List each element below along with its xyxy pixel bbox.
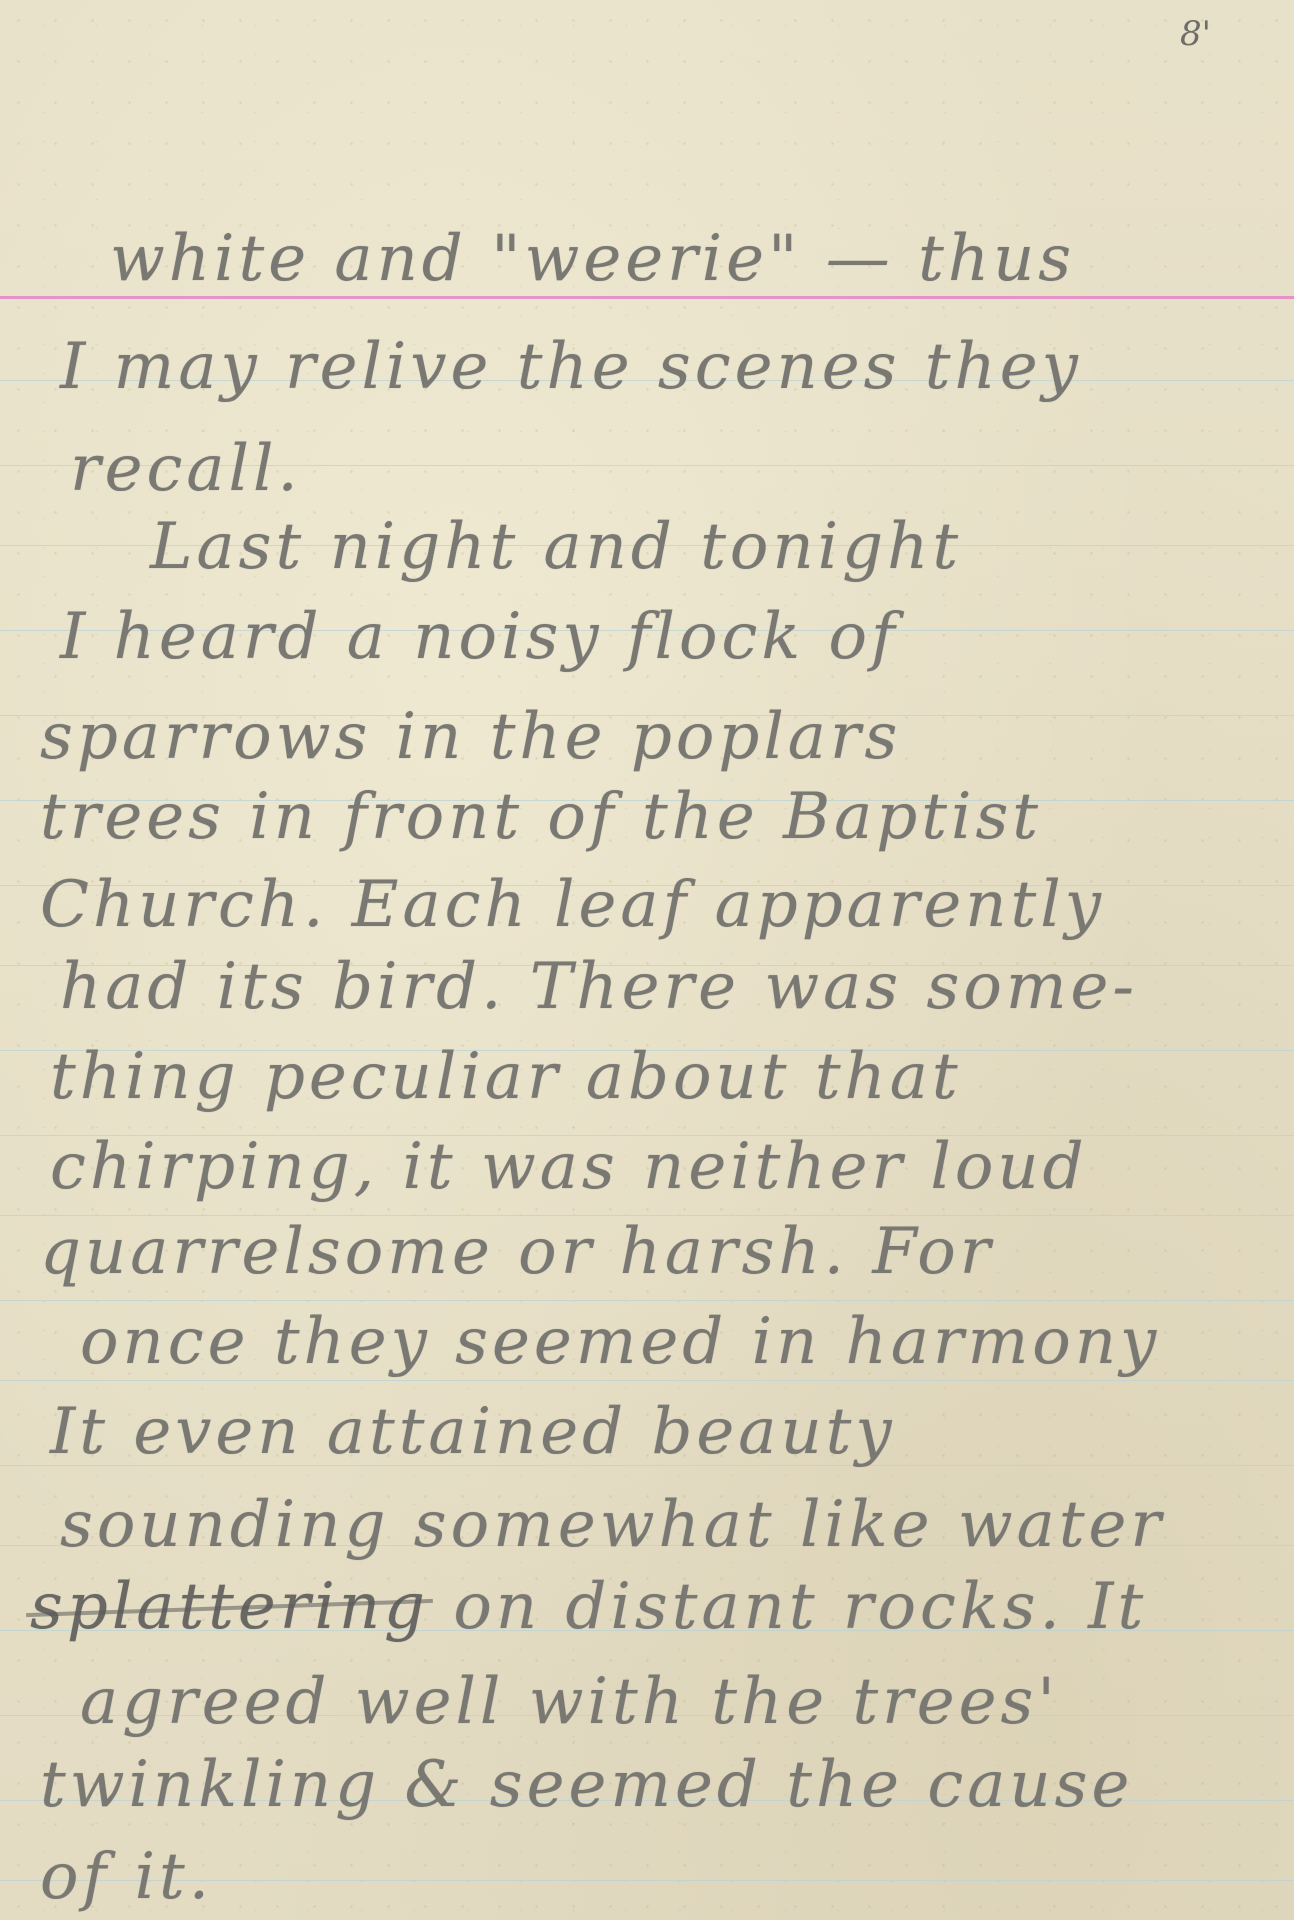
text-line-2: I may relive the scenes they	[60, 330, 1082, 404]
text-line-18: twinkling & seemed the cause	[40, 1748, 1133, 1822]
text-line-14: It even attained beauty	[50, 1395, 896, 1469]
notebook-page: 8' white and "weerie" — thus I may reliv…	[0, 0, 1294, 1920]
page-number: 8'	[1180, 14, 1211, 54]
text-line-15: sounding somewhat like water	[60, 1488, 1165, 1562]
ruled-line	[0, 1380, 1294, 1381]
text-line-19: of it.	[40, 1840, 213, 1914]
text-line-3: recall.	[70, 432, 302, 506]
overwritten-word: splattering	[30, 1570, 429, 1644]
text-line-11: chirping, it was neither loud	[50, 1130, 1088, 1204]
text-line-6: sparrows in the poplars	[40, 700, 901, 774]
text-line-1: white and "weerie" — thus	[110, 222, 1075, 296]
top-margin-line	[0, 296, 1294, 299]
text-line-5: I heard a noisy flock of	[60, 600, 899, 674]
text-line-12: quarrelsome or harsh. For	[40, 1215, 994, 1289]
ruled-line	[0, 1300, 1294, 1301]
text-line-16: splattering on distant rocks. It	[30, 1570, 1147, 1644]
text-line-8: Church. Each leaf apparently	[40, 868, 1105, 942]
text-line-13: once they seemed in harmony	[80, 1305, 1160, 1379]
text-line-7: trees in front of the Baptist	[40, 780, 1042, 854]
text-line-10: thing peculiar about that	[50, 1040, 962, 1114]
text-line-4: Last night and tonight	[150, 510, 962, 584]
text-line-17: agreed well with the trees'	[80, 1665, 1059, 1739]
text-line-9: had its bird. There was some-	[60, 950, 1138, 1024]
